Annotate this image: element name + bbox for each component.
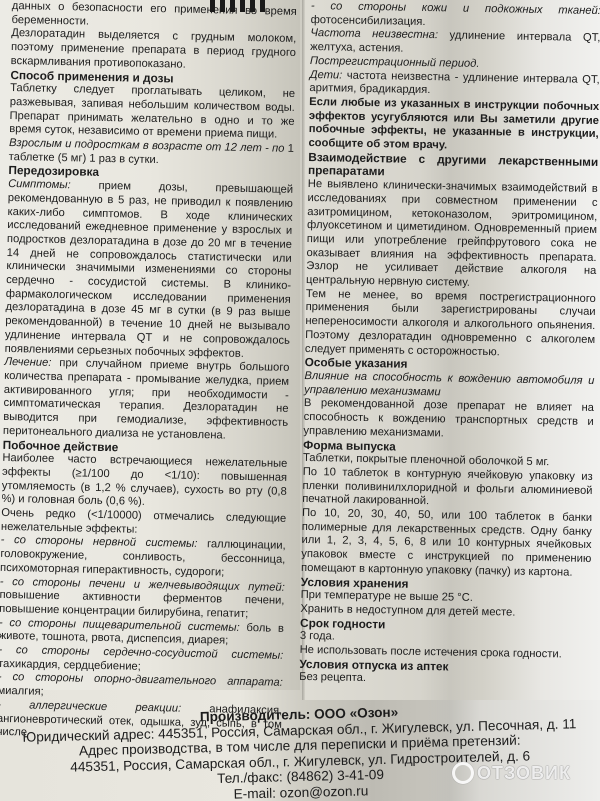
paragraph-lead: Дети: [310, 69, 343, 82]
paragraph: Таблетку следует проглатывать целиком, н… [9, 82, 295, 143]
paragraph: Наиболее часто встречающиеся нежелательн… [1, 452, 287, 513]
warning-paragraph: Если любые из указанных в инструкции поб… [308, 96, 599, 156]
watermark-logo-icon [452, 762, 474, 784]
paragraph-body: частота неизвестна - удлинение интервала… [309, 69, 599, 96]
paragraph-body: тахикардия, сердцебиение; [0, 658, 141, 673]
paragraph-lead: Лечение: [4, 356, 51, 369]
right-column: - со стороны кожи и подкожных тканей: фо… [299, 0, 600, 690]
paragraph: Симптомы: прием дозы, превышающей рекоме… [5, 178, 294, 362]
manufacturer-footer: Производитель: ООО «Озон» Юридический ад… [0, 700, 600, 801]
paragraph: По 10 таблеток в контурную ячейковую упа… [302, 466, 593, 512]
paragraph-body: миалгия; [0, 685, 44, 698]
paragraph-body: повышение активности ферментов печени, п… [0, 589, 285, 620]
paragraph: Тем не менее, во время пострегистрационн… [305, 288, 596, 362]
paragraph: Лечение: при случайном приеме внутрь бол… [3, 356, 290, 444]
paragraph: В рекомендованной дозе препарат не влияе… [303, 397, 594, 443]
paragraph: - со стороны печени и желчевыводящих пут… [0, 575, 285, 622]
paragraph-body: фотосенсибилизация. [311, 14, 426, 28]
paragraph-body: при случайном приеме внутрь большого кол… [3, 357, 290, 441]
paragraph: По 10, 20, 30, 40, 50, или 100 таблеток … [301, 507, 592, 581]
left-column: данных о безопасности его применения во … [0, 0, 297, 746]
paragraph: Не выявлено клинически-значимых взаимоде… [306, 178, 598, 293]
paragraph: - со стороны нервной системы: галлюцинац… [0, 534, 286, 581]
paragraph-lead: Симптомы: [8, 178, 71, 191]
paragraph-lead: Частота неизвестна: [310, 27, 438, 41]
paragraph-body: прием дозы, превышающей рекомендованную … [5, 179, 294, 359]
watermark-text: ОТЗОВИК [477, 763, 571, 784]
otzovik-watermark: ОТЗОВИК [452, 762, 571, 784]
paragraph: Дезлоратадин выделяется с грудным молоко… [11, 27, 297, 74]
